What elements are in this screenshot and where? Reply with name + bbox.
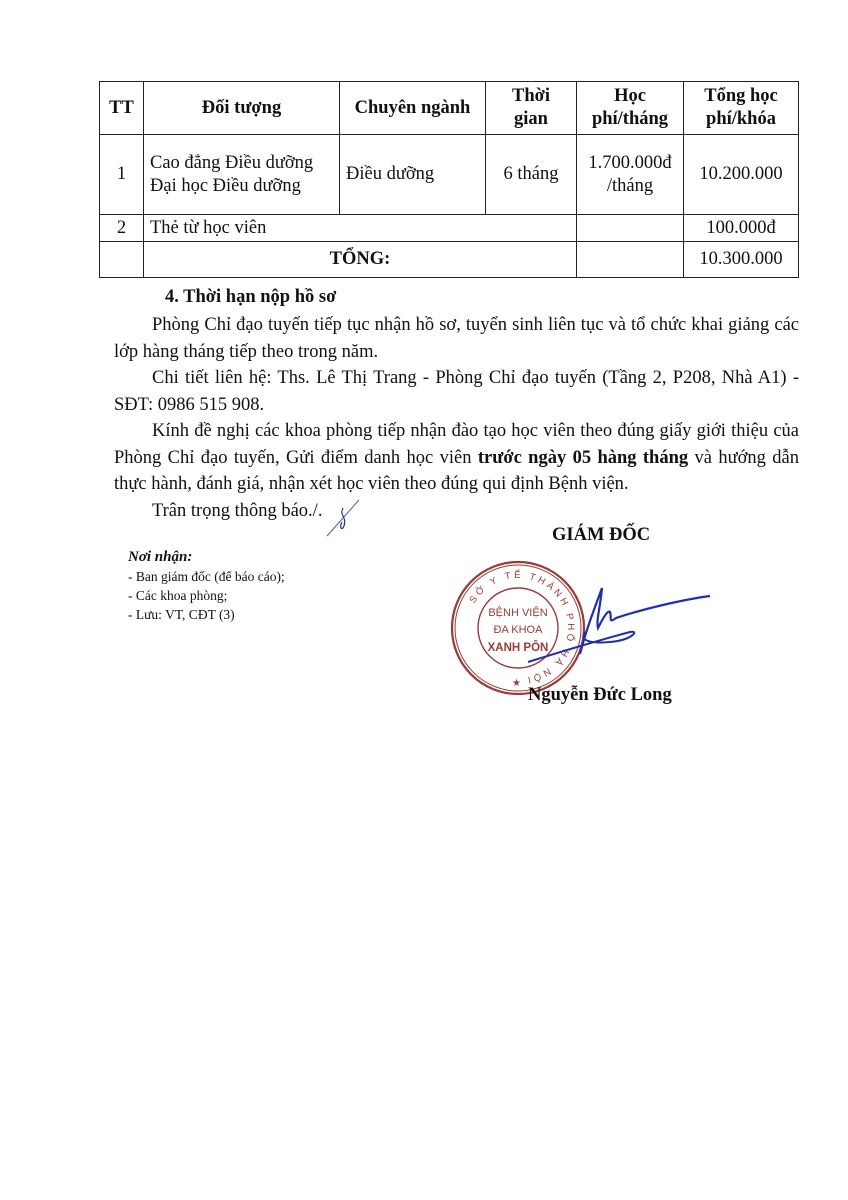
cell-doi-tuong: Thẻ từ học viên [144, 215, 577, 242]
cell-total-value: 10.300.000 [684, 242, 799, 278]
director-signature-icon [520, 580, 720, 670]
table-row: 2 Thẻ từ học viên 100.000đ [100, 215, 799, 242]
header-chuyen-nganh: Chuyên ngành [340, 82, 486, 135]
header-tong-line1: Tổng học [690, 85, 792, 108]
header-tt: TT [100, 82, 144, 135]
cell-tong: 100.000đ [684, 215, 799, 242]
initial-mark-icon [325, 498, 365, 538]
header-tong-hoc-phi: Tổng học phí/khóa [684, 82, 799, 135]
closing-line: Trân trọng thông báo./. [114, 498, 799, 525]
recipients-title: Nơi nhận: [128, 548, 285, 567]
header-doi-tuong: Đối tượng [144, 82, 340, 135]
cell-doi-tuong-line1: Cao đẳng Điều dưỡng [150, 152, 333, 175]
cell-hoc-phi: 1.700.000đ /tháng [577, 135, 684, 215]
header-thoi-gian-line2: gian [492, 108, 570, 131]
table-total-row: TỔNG: 10.300.000 [100, 242, 799, 278]
table-header-row: TT Đối tượng Chuyên ngành Thời gian Học … [100, 82, 799, 135]
cell-hoc-phi-line2: /tháng [583, 175, 677, 198]
header-hoc-phi-line2: phí/tháng [583, 108, 677, 131]
svg-text:★: ★ [512, 678, 521, 689]
request-deadline: trước ngày 05 hàng tháng [478, 448, 688, 468]
cell-total-hoc-phi [577, 242, 684, 278]
paragraph-request: Kính đề nghị các khoa phòng tiếp nhận đà… [114, 418, 799, 498]
header-hoc-phi-line1: Học [583, 85, 677, 108]
cell-tt: 1 [100, 135, 144, 215]
recipient-item: - Ban giám đốc (để báo cáo); [128, 567, 285, 586]
cell-hoc-phi-line1: 1.700.000đ [583, 152, 677, 175]
cell-doi-tuong-line2: Đại học Điều dưỡng [150, 175, 333, 198]
header-hoc-phi: Học phí/tháng [577, 82, 684, 135]
table-row: 1 Cao đẳng Điều dưỡng Đại học Điều dưỡng… [100, 135, 799, 215]
cell-empty [100, 242, 144, 278]
cell-thoi-gian: 6 tháng [486, 135, 577, 215]
cell-doi-tuong: Cao đẳng Điều dưỡng Đại học Điều dưỡng [144, 135, 340, 215]
signer-position: GIÁM ĐỐC [552, 525, 650, 546]
cell-tong: 10.200.000 [684, 135, 799, 215]
recipient-item: - Lưu: VT, CĐT (3) [128, 605, 285, 624]
recipients-block: Nơi nhận: - Ban giám đốc (để báo cáo); -… [128, 548, 285, 624]
header-thoi-gian-line1: Thời [492, 85, 570, 108]
cell-total-label: TỔNG: [144, 242, 577, 278]
cell-tt: 2 [100, 215, 144, 242]
section-heading: 4. Thời hạn nộp hồ sơ [165, 287, 336, 308]
recipient-item: - Các khoa phòng; [128, 586, 285, 605]
cell-chuyen-nganh: Điều dưỡng [340, 135, 486, 215]
document-page: TT Đối tượng Chuyên ngành Thời gian Học … [0, 0, 848, 1200]
cell-hoc-phi [577, 215, 684, 242]
paragraph-contact: Chi tiết liên hệ: Ths. Lê Thị Trang - Ph… [114, 365, 799, 418]
signer-name: Nguyễn Đức Long [528, 685, 672, 706]
tuition-table: TT Đối tượng Chuyên ngành Thời gian Học … [99, 81, 799, 278]
paragraph-recruitment: Phòng Chỉ đạo tuyến tiếp tục nhận hồ sơ,… [114, 312, 799, 365]
header-thoi-gian: Thời gian [486, 82, 577, 135]
header-tong-line2: phí/khóa [690, 108, 792, 131]
